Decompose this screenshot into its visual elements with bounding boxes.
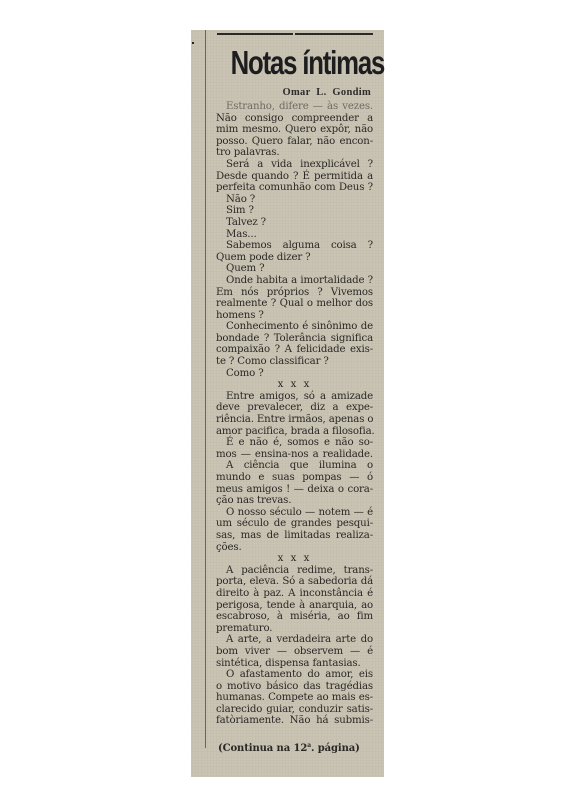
text-line: bom viver — observem — é — [216, 646, 373, 658]
column-rule — [205, 30, 206, 748]
text-line: Onde habita a imortalidade ? — [216, 275, 373, 287]
text-line: te ? Como classificar ? — [216, 356, 373, 368]
text-line: fatòriamente. Não há submis- — [216, 715, 373, 727]
text-line: humanas. Compete ao mais es- — [216, 692, 373, 704]
text-line: O afastamento do amor, eis — [216, 669, 373, 681]
text-line: perigosa, tende à anarquia, ao — [216, 600, 373, 612]
text-line: perfeita comunhão com Deus ? — [216, 182, 373, 194]
text-line: A paciência redime, trans- — [216, 565, 373, 577]
text-line: Quem ? — [216, 263, 373, 275]
text-line: Não consigo compreender a — [216, 113, 373, 125]
print-mark — [192, 42, 194, 44]
article-body: Estranho, difere — às vezes.Não consigo … — [216, 101, 373, 727]
text-line: escabroso, à miséria, ao fim — [216, 611, 373, 623]
text-line: amor pacifica, brada a filosofia. — [216, 426, 373, 438]
text-line: meus amigos ! — deixa o cora- — [216, 484, 373, 496]
text-line: mim mesmo. Quero expôr, não — [216, 124, 373, 136]
text-line: um século de grandes pesqui- — [216, 518, 373, 530]
text-line: Será a vida inexplicável ? — [216, 159, 373, 171]
text-line: Em nós próprios ? Vivemos — [216, 287, 373, 299]
text-line: o motivo básico das tragédias — [216, 681, 373, 693]
text-line: A arte, a verdadeira arte do — [216, 634, 373, 646]
text-line: mundo e suas pompas — ó — [216, 472, 373, 484]
continuation-prefix: (Continua na 12 — [218, 743, 307, 754]
text-line: Talvez ? — [216, 217, 373, 229]
text-line: bondade ? Tolerância significa — [216, 333, 373, 345]
text-line: realmente ? Qual o melhor dos — [216, 298, 373, 310]
newspaper-clipping: Notas íntimas Omar L. Gondim Estranho, d… — [191, 30, 384, 777]
text-line: riência. Entre irmãos, apenas o — [216, 414, 373, 426]
text-line: ção nas trevas. — [216, 495, 373, 507]
header-rule — [217, 33, 373, 35]
text-line: A ciência que ilumina o — [216, 460, 373, 472]
text-line: Mas... — [216, 229, 373, 241]
text-line: É e não é, somos e não so- — [216, 437, 373, 449]
text-line: ções. — [216, 542, 373, 554]
section-separator: x x x — [216, 379, 373, 391]
text-line: prematuro. — [216, 623, 373, 635]
continuation-note: (Continua na 12a. página) — [218, 740, 378, 755]
text-line: Entre amigos, só a amizade — [216, 391, 373, 403]
text-line: Sim ? — [216, 205, 373, 217]
rule-gap — [293, 33, 295, 35]
text-line: homens ? — [216, 310, 373, 322]
text-line: posso. Quero falar, não encon- — [216, 136, 373, 148]
text-line: compaixão ? A felicidade exis- — [216, 344, 373, 356]
text-line: Desde quando ? É permitida a — [216, 171, 373, 183]
text-line: Conhecimento é sinônimo de — [216, 321, 373, 333]
text-line: Como ? — [216, 368, 373, 380]
article-author: Omar L. Gondim — [221, 87, 371, 99]
text-line: O nosso século — notem — é — [216, 507, 373, 519]
text-line: direito à paz. A inconstância é — [216, 588, 373, 600]
text-line: Estranho, difere — às vezes. — [216, 101, 373, 113]
text-line: sintética, dispensa fantasias. — [216, 658, 373, 670]
section-separator: x x x — [216, 553, 373, 565]
article-title: Notas íntimas — [231, 44, 356, 82]
text-line: tro palavras. — [216, 147, 373, 159]
text-line: sas, mas de limitadas realiza- — [216, 530, 373, 542]
continuation-suffix: . página) — [311, 743, 360, 754]
text-line: porta, eleva. Só a sabedoria dá — [216, 576, 373, 588]
text-line: mos — ensina-nos a realidade. — [216, 449, 373, 461]
text-line: Não ? — [216, 194, 373, 206]
text-line: Sabemos alguma coisa ? — [216, 240, 373, 252]
text-line: deve prevalecer, diz a expe- — [216, 402, 373, 414]
text-line: Quem pode dizer ? — [216, 252, 373, 264]
text-line: clarecido guiar, conduzir satis- — [216, 704, 373, 716]
